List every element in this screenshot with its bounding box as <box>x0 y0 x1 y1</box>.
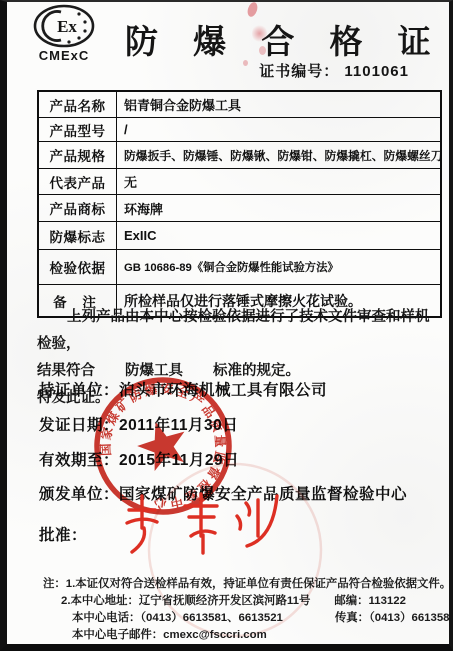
row-label: 产品名称 <box>39 92 117 117</box>
footer-email-line: 本中心电子邮件：cmexc@fsccri.com <box>43 627 435 644</box>
row-label: 检验依据 <box>39 250 117 284</box>
logo-caption: CMExC <box>29 48 99 63</box>
address-text: 2.本中心地址：辽宁省抚顺经济开发区滨河路11号 <box>61 595 310 607</box>
postcode-label: 邮编： <box>334 595 368 607</box>
product-table: 产品名称 铝青铜合金防爆工具 产品型号 / 产品规格 防爆扳手、防爆锤、防爆锹、… <box>37 90 442 318</box>
valid-until-label: 有效期至： <box>39 452 119 469</box>
row-value: GB 10686-89《铜合金防爆性能试验方法》 <box>117 250 440 284</box>
footer-notes: 注：1.本证仅对符合送检样品有效，持证单位有责任保证产品符合检验依据文件。 2.… <box>43 576 435 644</box>
standard-name: 防爆工具 <box>125 363 183 379</box>
issuer-line: 颁发单位：国家煤矿防爆安全产品质量监督检验中心 <box>39 482 407 504</box>
issue-date-value: 2011年11月30日 <box>119 417 238 434</box>
email-value: cmexc@fsccri.com <box>163 629 267 641</box>
approval-label: 批准： <box>39 527 87 544</box>
issuer-label: 颁发单位： <box>39 486 119 503</box>
row-value: 铝青铜合金防爆工具 <box>117 92 440 117</box>
cmexc-logo: Ex CMExC <box>29 4 99 63</box>
table-row: 产品商标 环海牌 <box>39 194 440 221</box>
row-label: 产品规格 <box>39 142 117 168</box>
table-row: 代表产品 无 <box>39 168 440 194</box>
issuer-value: 国家煤矿防爆安全产品质量监督检验中心 <box>119 486 407 503</box>
certificate-number-value: 1101061 <box>344 63 409 80</box>
valid-until-line: 有效期至：2015年11月29日 <box>39 448 239 470</box>
email-label: 本中心电子邮件： <box>72 629 163 641</box>
approval-line: 批准： <box>39 523 87 545</box>
row-value: 环海牌 <box>117 195 440 221</box>
table-row: 防爆标志 ExIIC <box>39 221 440 249</box>
phone-label: 本中心电话： <box>72 612 140 624</box>
fax-label: 传真： <box>335 612 369 624</box>
holder-label: 持证单位： <box>39 382 119 399</box>
statement-line1: 上列产品由本中心按检验依据进行了技术文件审查和样机检验， <box>37 304 442 358</box>
footer-address-line: 2.本中心地址：辽宁省抚顺经济开发区滨河路11号邮编：113122 <box>43 593 435 610</box>
row-value: / <box>117 118 440 141</box>
certificate-number-label: 证书编号： <box>259 63 339 80</box>
row-value: 防爆扳手、防爆锤、防爆锹、防爆钳、防爆撬杠、防爆螺丝刀 <box>117 142 440 168</box>
certificate-number: 证书编号： 1101061 <box>259 60 409 81</box>
table-row: 产品规格 防爆扳手、防爆锤、防爆锹、防爆钳、防爆撬杠、防爆螺丝刀 <box>39 141 440 168</box>
row-label: 防爆标志 <box>39 222 117 249</box>
statement-line2-prefix: 结果符合 <box>37 363 95 379</box>
row-label: 产品商标 <box>39 195 117 221</box>
row-label: 代表产品 <box>39 169 117 194</box>
row-label: 产品型号 <box>39 118 117 141</box>
issue-date-line: 发证日期：2011年11月30日 <box>39 413 238 435</box>
ex-mark-icon: Ex <box>31 4 97 50</box>
table-row: 产品型号 / <box>39 117 440 141</box>
footer-note1: 注：1.本证仅对符合送检样品有效，持证单位有责任保证产品符合检验依据文件。 <box>43 576 435 593</box>
valid-until-value: 2015年11月29日 <box>119 452 239 469</box>
table-row: 检验依据 GB 10686-89《铜合金防爆性能试验方法》 <box>39 249 440 284</box>
postcode-value: 113122 <box>369 595 406 607</box>
holder-value: 泊头市环海机械工具有限公司 <box>119 382 327 399</box>
phone-value: （0413）6613581、6613521 <box>140 612 283 624</box>
footer-phone-line: 本中心电话：（0413）6613581、6613521传真：（0413）6613… <box>43 610 435 627</box>
statement-line2-suffix: 标准的规定。 <box>213 363 300 379</box>
holder-line: 持证单位：泊头市环海机械工具有限公司 <box>39 378 327 400</box>
table-row: 产品名称 铝青铜合金防爆工具 <box>39 92 440 117</box>
issue-date-label: 发证日期： <box>39 417 119 434</box>
fax-value: （0413）6613580 <box>369 612 453 624</box>
row-value: ExIIC <box>117 222 440 249</box>
svg-text:Ex: Ex <box>57 17 77 36</box>
page-title: 防 爆 合 格 证 <box>125 16 435 63</box>
row-value: 无 <box>117 169 440 194</box>
certificate-page: Ex CMExC 防 爆 合 格 证 证书编号： 1101061 产品名称 铝青… <box>0 0 453 651</box>
